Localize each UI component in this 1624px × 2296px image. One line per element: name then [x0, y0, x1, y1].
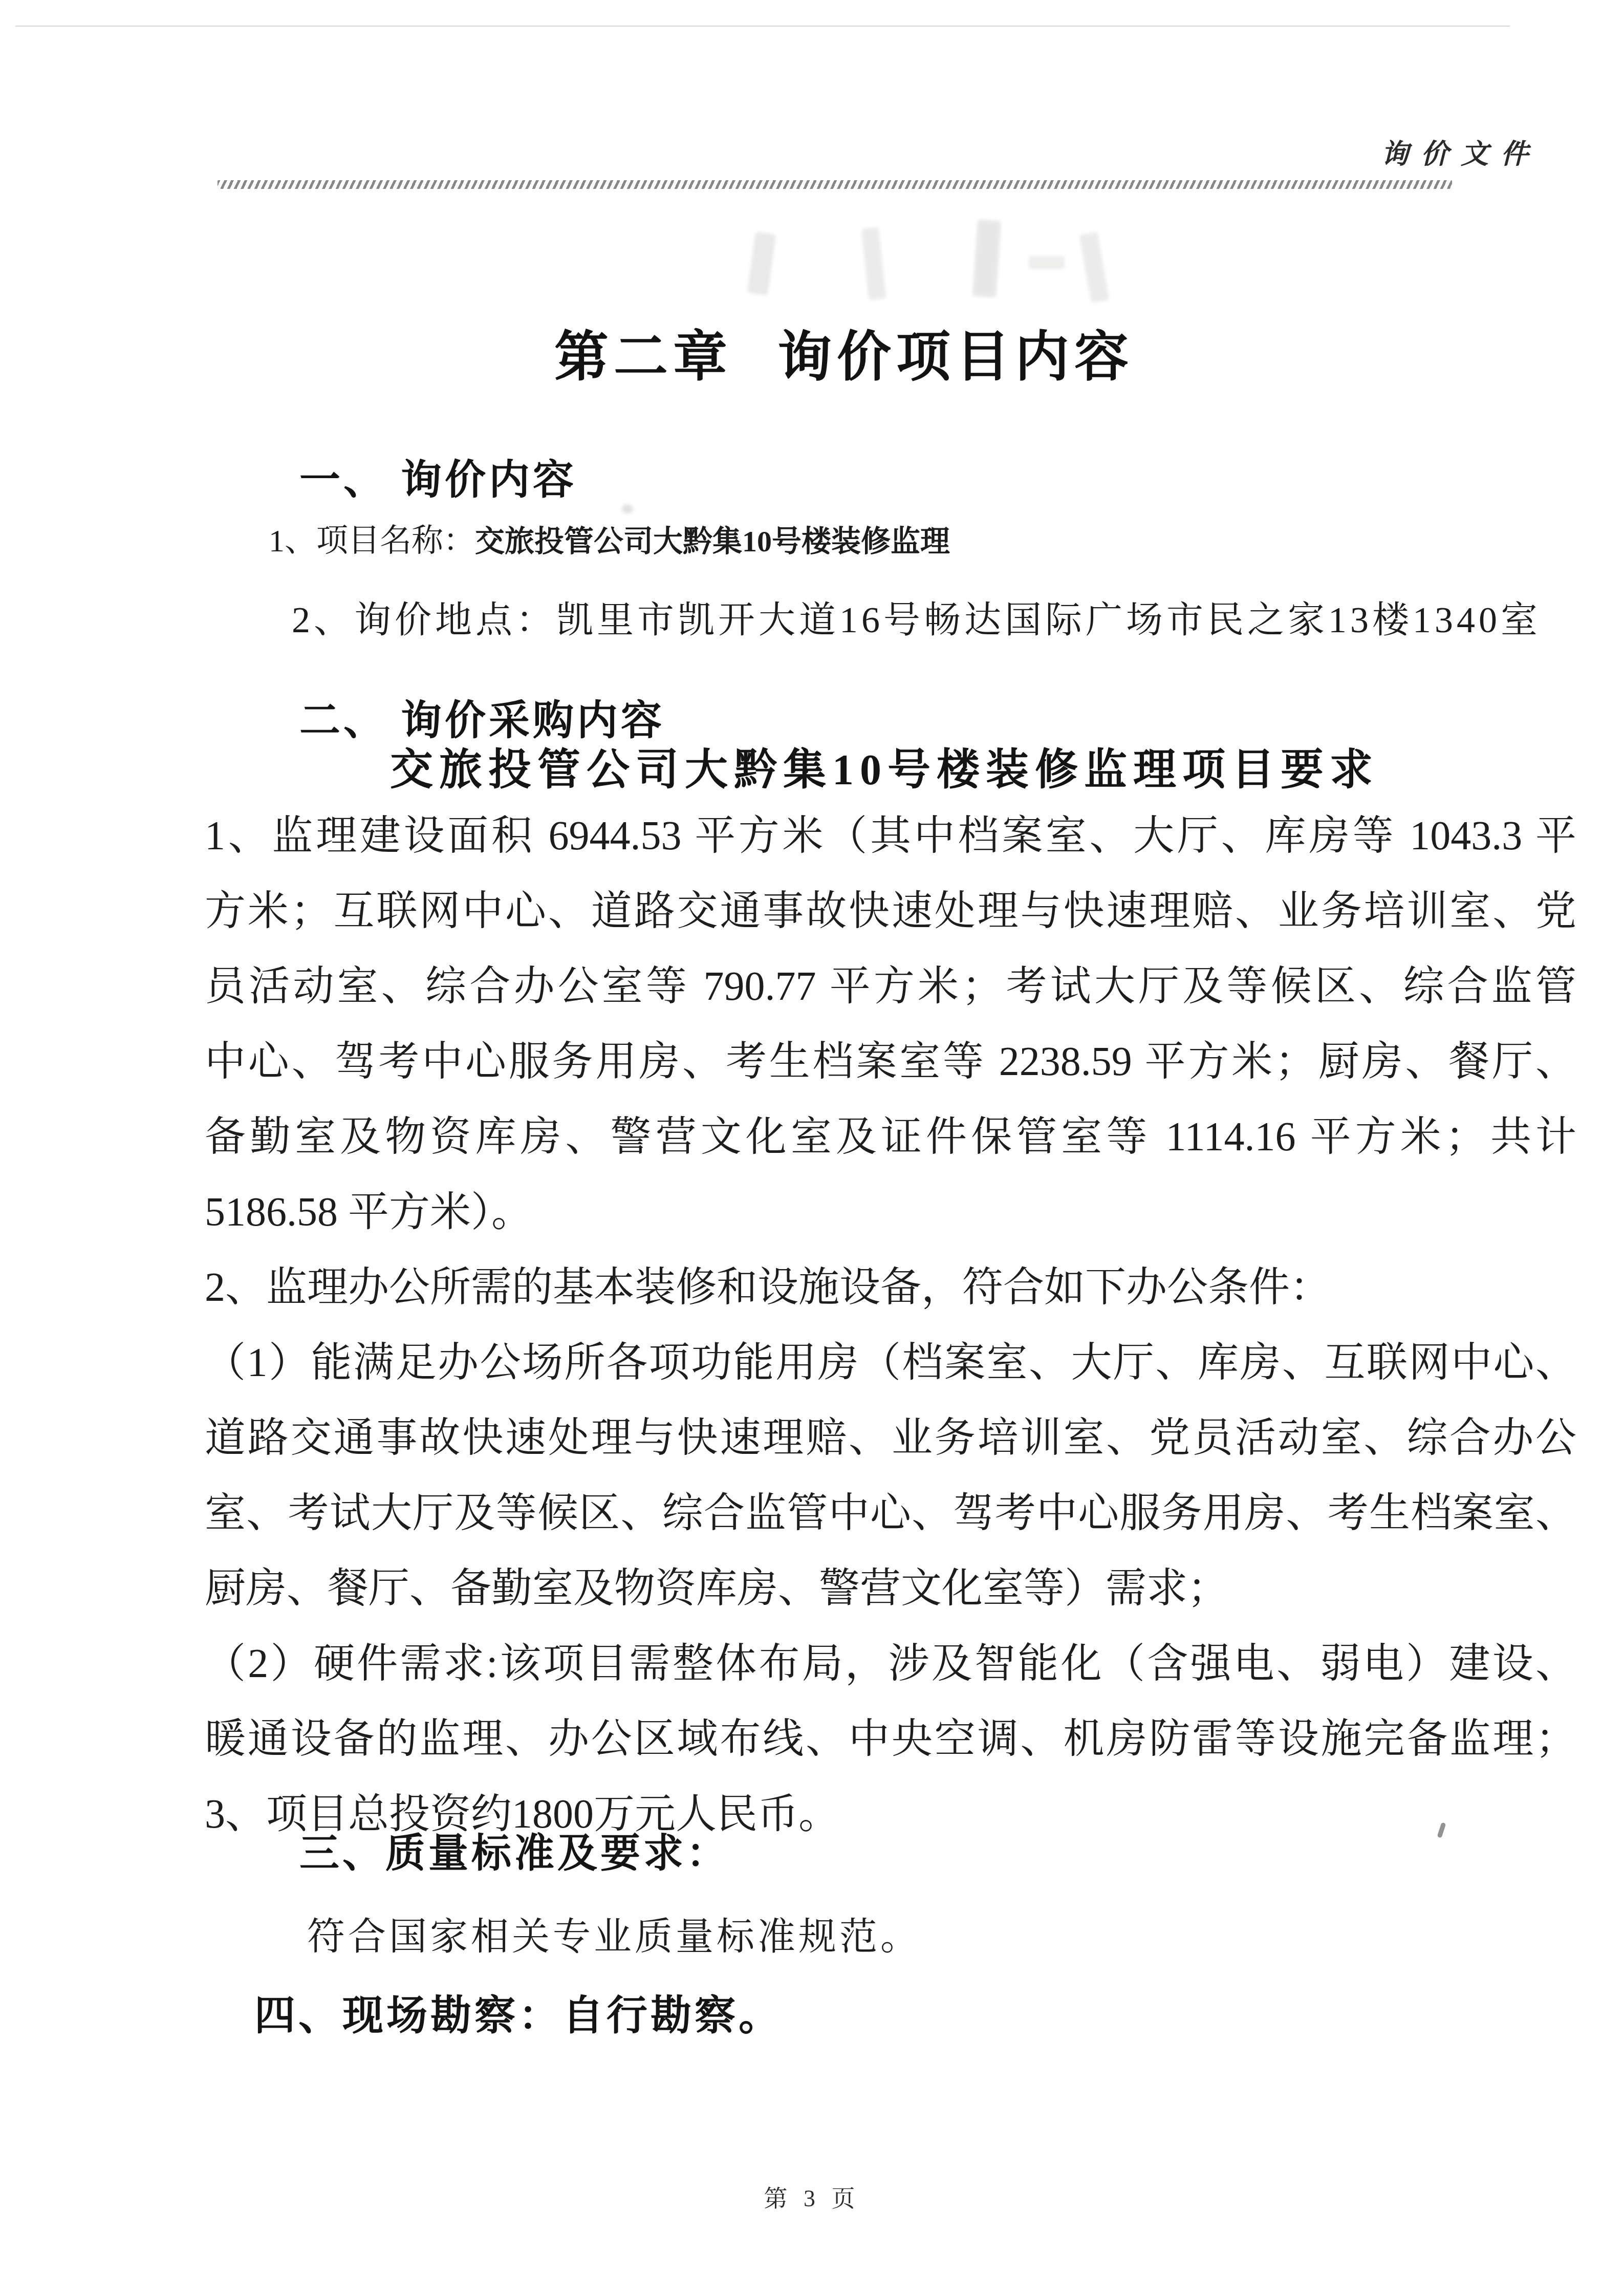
header-hatched-rule	[218, 180, 1452, 189]
body-line: 道路交通事故快速处理与快速理赔、业务培训室、党员活动室、综合办公	[205, 1401, 1576, 1476]
project-name-label: 1、项目名称：	[269, 524, 475, 559]
inquiry-location-line: 2、询价地点：凯里市凯开大道16号畅达国际广场市民之家13楼1340室	[292, 590, 1541, 643]
project-requirements-subheading: 交旅投管公司大黔集10号楼装修监理项目要求	[390, 735, 1379, 797]
chapter-name: 询价项目内容	[777, 327, 1134, 387]
body-paragraphs: 1、监理建设面积 6944.53 平方米（其中档案室、大厅、库房等 1043.3…	[205, 799, 1576, 1852]
project-name-line: 1、项目名称：交旅投管公司大黔集10号楼装修监理	[269, 515, 950, 561]
body-line: 员活动室、综合办公室等 790.77 平方米；考试大厅及等候区、综合监管	[205, 949, 1576, 1024]
body-line: 1、监理建设面积 6944.53 平方米（其中档案室、大厅、库房等 1043.3…	[205, 799, 1576, 874]
bleed-through-artifact	[1029, 256, 1065, 269]
body-line: （2）硬件需求:该项目需整体布局，涉及智能化（含强电、弱电）建设、	[205, 1626, 1576, 1702]
body-line: 室、考试大厅及等候区、综合监管中心、驾考中心服务用房、考生档案室、	[205, 1476, 1576, 1551]
inquiry-location-value: 凯里市凯开大道16号畅达国际广场市民之家13楼1340室	[556, 599, 1541, 640]
running-header: 询价文件	[1381, 132, 1541, 171]
body-line: 厨房、餐厅、备勤室及物资库房、警营文化室等）需求；	[205, 1551, 1576, 1626]
page-number: 第 3 页	[0, 2180, 1624, 2214]
quality-standards-body: 符合国家相关专业质量标准规范。	[307, 1906, 921, 1961]
body-line: 方米；互联网中心、道路交通事故快速处理与快速理赔、业务培训室、党	[205, 874, 1576, 949]
document-page: 询价文件 第二章询价项目内容 一、 询价内容 1、项目名称：交旅投管公司大黔集1…	[0, 0, 1624, 2296]
section-heading-inquiry-content: 一、 询价内容	[299, 446, 577, 505]
body-line: 暖通设备的监理、办公区域布线、中央空调、机房防雷等设施完备监理；	[205, 1702, 1576, 1777]
inquiry-location-label: 2、询价地点：	[292, 599, 556, 640]
bleed-through-artifact	[1079, 232, 1110, 303]
bleed-through-artifact	[622, 504, 633, 513]
project-name-value: 交旅投管公司大黔集10号楼装修监理	[475, 525, 950, 558]
scan-hairline	[15, 26, 1510, 27]
chapter-number: 第二章	[554, 327, 732, 387]
body-line: 5186.58 平方米）。	[205, 1175, 1576, 1250]
bleed-through-artifact	[861, 227, 886, 301]
section-heading-quality-standards: 三、质量标准及要求：	[299, 1821, 729, 1879]
bleed-through-artifact	[972, 220, 1001, 298]
body-line: 2、监理办公所需的基本装修和设施设备，符合如下办公条件：	[205, 1250, 1576, 1325]
bleed-through-artifact	[747, 232, 776, 295]
chapter-title: 第二章询价项目内容	[0, 313, 1624, 391]
body-line: 中心、驾考中心服务用房、考生档案室等 2238.59 平方米；厨房、餐厅、	[205, 1024, 1576, 1100]
body-line: 备勤室及物资库房、警营文化室及证件保管室等 1114.16 平方米；共计	[205, 1100, 1576, 1175]
body-line: （1）能满足办公场所各项功能用房（档案室、大厅、库房、互联网中心、	[205, 1325, 1576, 1401]
section-heading-site-survey: 四、现场勘察：自行勘察。	[254, 1982, 783, 2041]
